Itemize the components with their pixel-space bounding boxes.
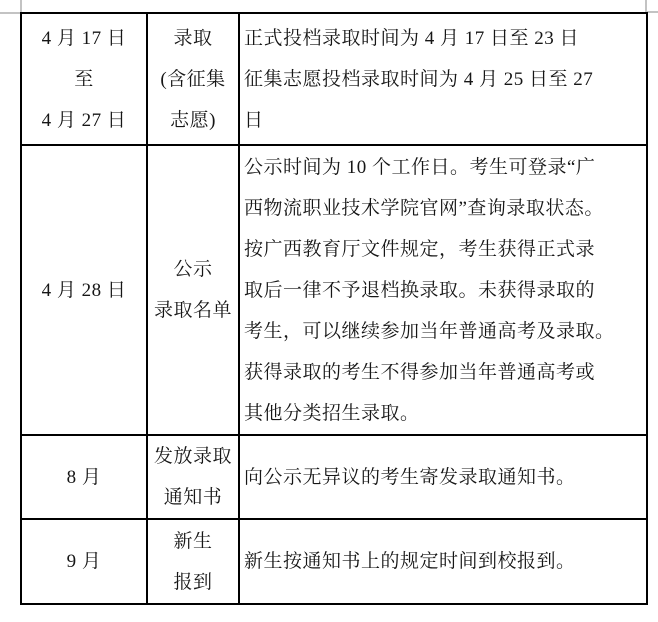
document-page: 4 月 17 日 至 4 月 27 日 录取 (含征集 志愿) 正式投档录取时间… xyxy=(0,0,658,622)
description-cell: 新生按通知书上的规定时间到校报到。 xyxy=(239,519,647,604)
table-row: 8 月 发放录取 通知书 向公示无异议的考生寄发录取通知书。 xyxy=(21,435,647,519)
date-cell: 8 月 xyxy=(21,435,147,519)
date-cell: 4 月 28 日 xyxy=(21,145,147,435)
description-cell: 正式投档录取时间为 4 月 17 日至 23 日 征集志愿投档录取时间为 4 月… xyxy=(239,13,647,145)
table-row: 9 月 新生 报到 新生按通知书上的规定时间到校报到。 xyxy=(21,519,647,604)
stage-cell: 录取 (含征集 志愿) xyxy=(147,13,239,145)
table-row: 4 月 28 日 公示 录取名单 公示时间为 10 个工作日。考生可登录“广 西… xyxy=(21,145,647,435)
date-cell: 4 月 17 日 至 4 月 27 日 xyxy=(21,13,147,145)
description-cell: 向公示无异议的考生寄发录取通知书。 xyxy=(239,435,647,519)
stage-cell: 新生 报到 xyxy=(147,519,239,604)
table-row: 4 月 17 日 至 4 月 27 日 录取 (含征集 志愿) 正式投档录取时间… xyxy=(21,13,647,145)
description-cell: 公示时间为 10 个工作日。考生可登录“广 西物流职业技术学院官网”查询录取状态… xyxy=(239,145,647,435)
date-cell: 9 月 xyxy=(21,519,147,604)
cropped-gridline-top-left-horizontal xyxy=(0,12,22,14)
stage-cell: 发放录取 通知书 xyxy=(147,435,239,519)
admission-schedule-table: 4 月 17 日 至 4 月 27 日 录取 (含征集 志愿) 正式投档录取时间… xyxy=(20,12,648,605)
stage-cell: 公示 录取名单 xyxy=(147,145,239,435)
